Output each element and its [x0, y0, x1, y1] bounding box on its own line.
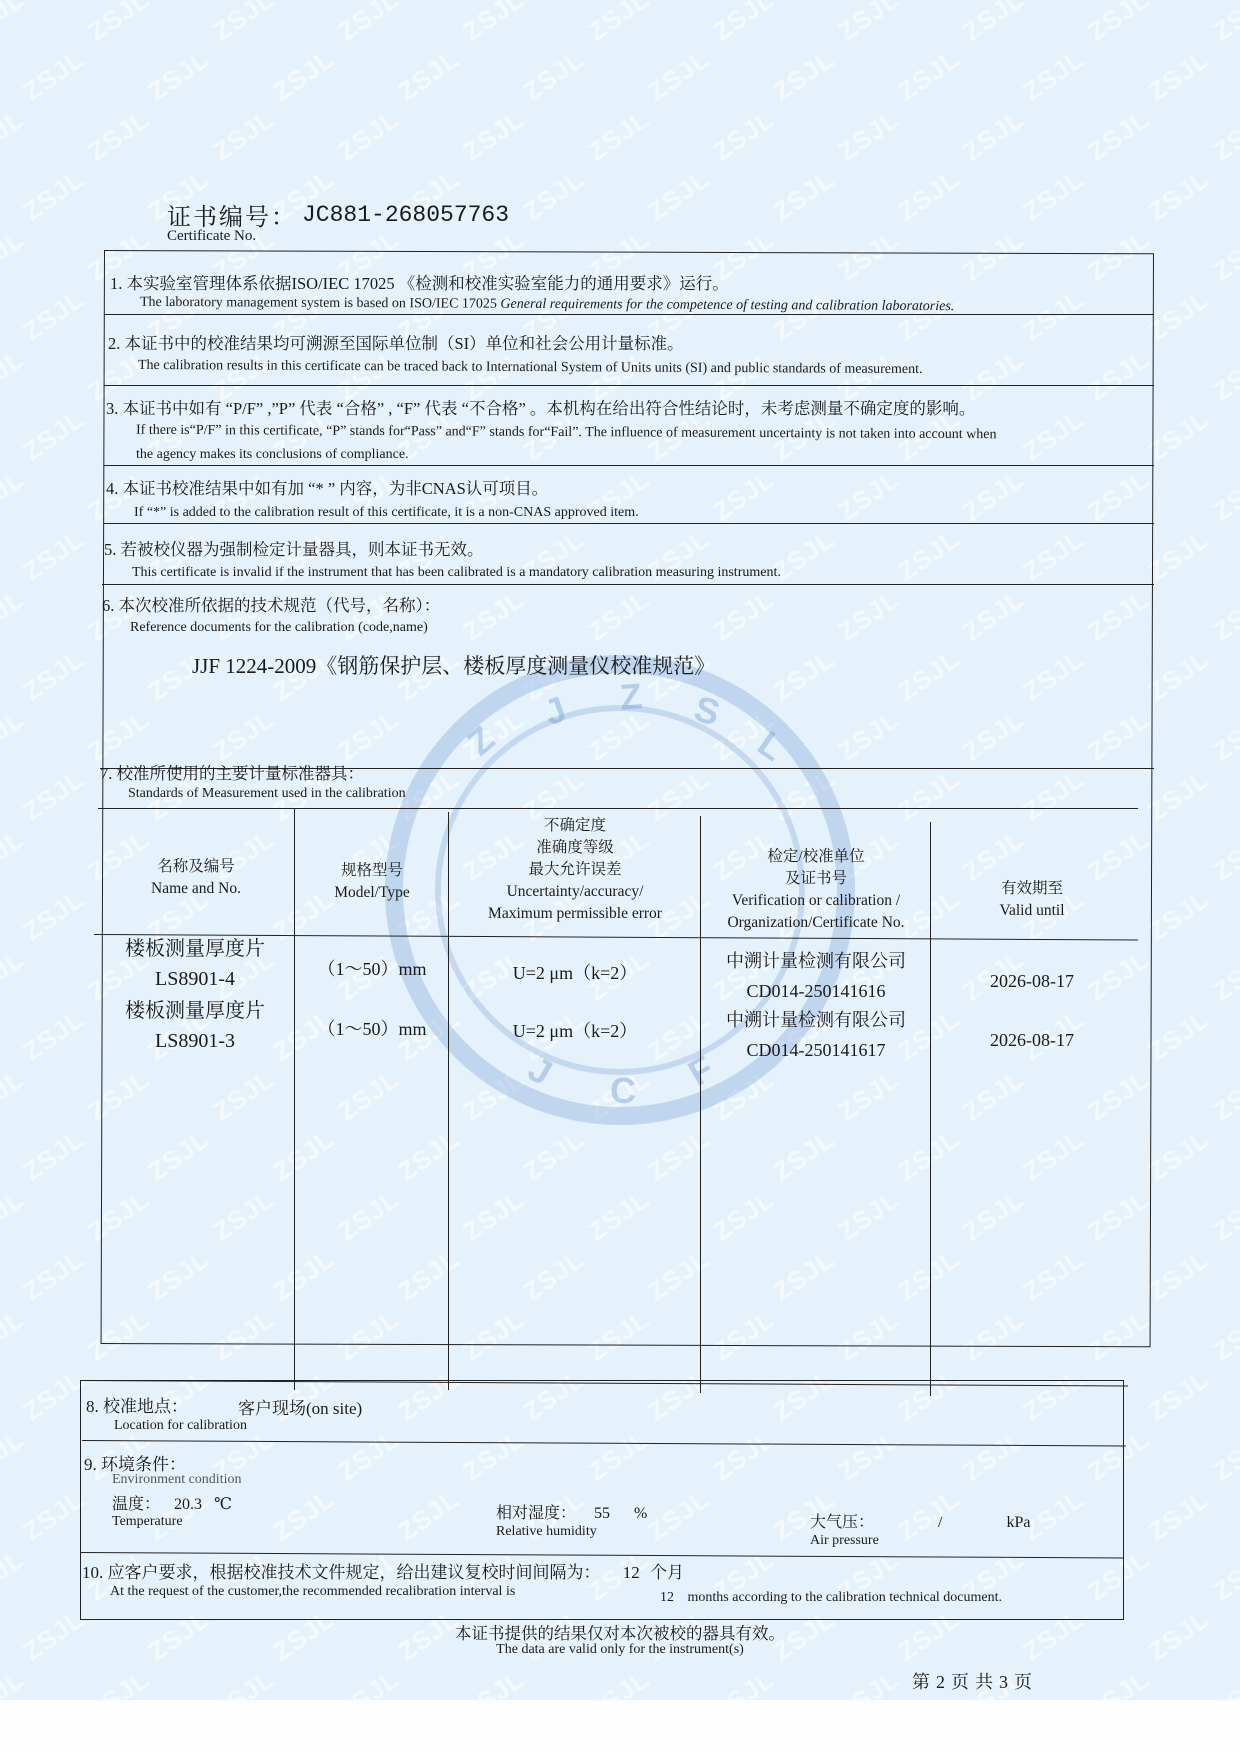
- footer-note-cn: 本证书提供的结果仅对本次被校的器具有效。: [0, 1620, 1240, 1644]
- certificate-label-cn: 证书编号：: [167, 197, 297, 232]
- table-row-2-model: （1～50）mm: [296, 1014, 448, 1044]
- item-8-label-en: Location for calibration: [114, 1418, 247, 1434]
- item-6-cn: 6. 本次校准所依据的技术规范（代号，名称）：: [102, 592, 440, 616]
- item-5-cn: 5. 若被校仪器为强制检定计量器具，则本证书无效。: [104, 536, 484, 560]
- item-4-cn: 4. 本证书校准结果中如有加 “* ” 内容，为非CNAS认可项目。: [106, 475, 548, 499]
- item-6-en: Reference documents for the calibration …: [130, 620, 428, 636]
- humidity-field: 相对湿度： 55 %: [496, 1500, 647, 1523]
- table-row-1-valid-until: 2026-08-17: [932, 966, 1132, 996]
- pressure-field: 大气压： / kPa: [810, 1509, 1030, 1532]
- table-col-divider: [700, 816, 701, 1393]
- item-10-en-suffix: 12 months according to the calibration t…: [660, 1590, 1002, 1606]
- item-4-en: If “*” is added to the calibration resul…: [134, 505, 639, 521]
- table-row-1-name: 楼板测量厚度片 LS8901-4: [96, 934, 294, 994]
- item-1-cn: 1. 本实验室管理体系依据ISO/IEC 17025 《检测和校准实验室能力的通…: [110, 270, 729, 294]
- temperature-field: 温度： 20.3 ℃: [112, 1491, 232, 1514]
- pressure-value: /: [938, 1514, 942, 1531]
- calibration-location: 客户现场(on site): [238, 1394, 362, 1419]
- row-divider: [104, 523, 1154, 524]
- table-row-2-valid-until: 2026-08-17: [932, 1025, 1132, 1055]
- item-10-cn: 10. 应客户要求，根据校准技术文件规定，给出建议复校时间间隔为： 12 个月: [82, 1558, 684, 1583]
- header-uncertainty: 不确定度 准确度等级 最大允许误差 Uncertainty/accuracy/ …: [450, 815, 700, 925]
- item-9-label-en: Environment condition: [112, 1472, 241, 1488]
- row-divider: [104, 465, 1154, 466]
- item-7-en: Standards of Measurement used in the cal…: [128, 786, 406, 802]
- table-row-1-organization: 中溯计量检测有限公司 CD014-250141616: [702, 946, 930, 1006]
- table-row-1-model: （1～50）mm: [296, 954, 448, 984]
- certificate-label-en: Certificate No.: [167, 228, 256, 245]
- reference-document: JJF 1224-2009《钢筋保护层、楼板厚度测量仪校准规范》: [192, 650, 715, 680]
- row-divider: [104, 314, 1154, 315]
- item-5-en: This certificate is invalid if the instr…: [132, 565, 781, 581]
- row-divider: [104, 385, 1154, 386]
- item-3-en-line2: the agency makes its conclusions of comp…: [136, 447, 409, 463]
- table-row-2-uncertainty: U=2 μm（k=2）: [450, 1016, 700, 1046]
- table-col-divider: [294, 808, 295, 1390]
- page-number: 第2页共3页: [912, 1668, 1038, 1694]
- pressure-label-en: Air pressure: [810, 1533, 879, 1549]
- item-7-cn: 7. 校准所使用的主要计量标准器具：: [100, 760, 364, 784]
- temperature-value: 20.3: [174, 1496, 202, 1513]
- table-row-2-name: 楼板测量厚度片 LS8901-3: [96, 996, 294, 1056]
- table-row-2-organization: 中溯计量检测有限公司 CD014-250141617: [702, 1005, 930, 1065]
- header-model-type: 规格型号 Model/Type: [296, 860, 448, 904]
- item-2-cn: 2. 本证书中的校准结果均可溯源至国际单位制（SI）单位和社会公用计量标准。: [108, 330, 684, 354]
- row-divider: [98, 808, 1138, 809]
- item-10-en-prefix: At the request of the customer,the recom…: [110, 1584, 515, 1600]
- humidity-value: 55: [594, 1505, 610, 1522]
- row-divider: [102, 584, 1154, 585]
- temperature-label-en: Temperature: [112, 1514, 183, 1530]
- item-8-label-cn: 8. 校准地点：: [86, 1392, 188, 1417]
- page-bottom-margin: [0, 1700, 1240, 1753]
- header-organization: 检定/校准单位 及证书号 Verification or calibration…: [702, 846, 930, 934]
- table-row-1-uncertainty: U=2 μm（k=2）: [450, 958, 700, 988]
- header-name-and-no: 名称及编号 Name and No.: [98, 856, 294, 900]
- table-col-divider: [448, 812, 449, 1390]
- certificate-number: JC881-268057763: [302, 202, 509, 228]
- header-valid-until: 有效期至 Valid until: [932, 878, 1132, 922]
- table-col-divider: [930, 822, 931, 1396]
- footer-note-en: The data are valid only for the instrume…: [0, 1642, 1240, 1658]
- item-3-cn: 3. 本证书中如有 “P/F” ,”P” 代表 “合格” , “F” 代表 “不…: [106, 395, 975, 419]
- recalibration-interval: 12: [623, 1563, 640, 1582]
- humidity-label-en: Relative humidity: [496, 1524, 597, 1540]
